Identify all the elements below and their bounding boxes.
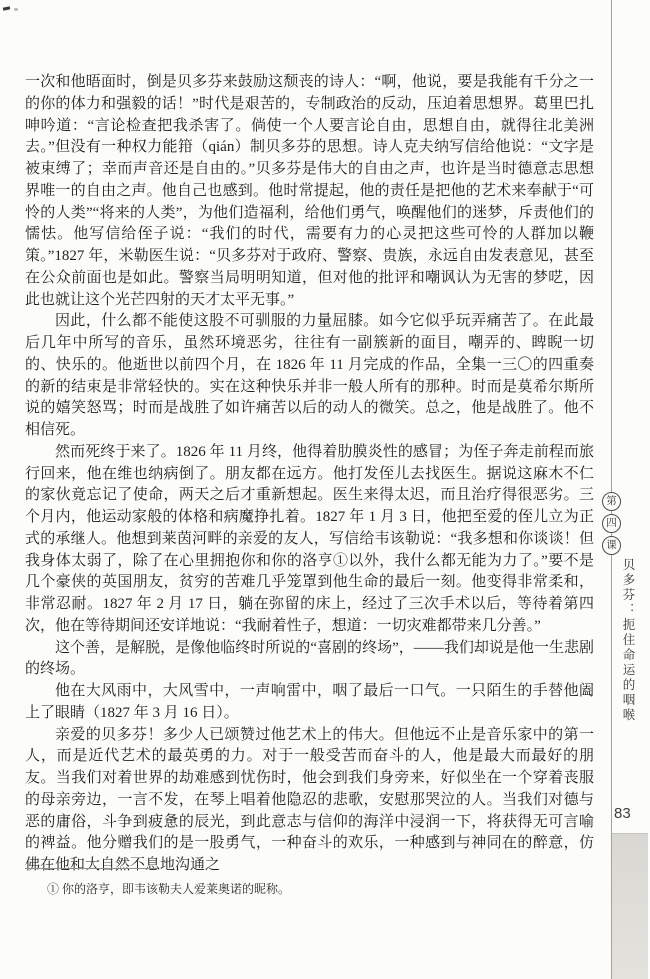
scan-speck <box>14 8 18 11</box>
lesson-badge-char: 四 <box>602 514 621 533</box>
paragraph: 亲爱的贝多芬！多少人已颂赞过他艺术上的伟大。但他远不止是音乐家中的第一人，而是近… <box>25 725 594 877</box>
textbook-page: { "page": { "number": "83" }, "sidebar":… <box>0 0 650 979</box>
page-edge-shading <box>612 833 648 979</box>
footnote-text: ① 你的洛亨，即韦该勒夫人爱莱奥诺的昵称。 <box>47 880 467 897</box>
lesson-badge-char: 第 <box>602 492 621 511</box>
paragraph: 一次和他晤面时，倒是贝多芬来鼓励这颓丧的诗人：“啊，他说，要是我能有千分之一的你… <box>25 72 594 311</box>
scan-speck <box>3 6 10 10</box>
paragraph: 这个善，是解脱，是像他临终时所说的“喜剧的终场”，——我们却说是他一生悲剧的终场… <box>25 638 594 682</box>
paragraph: 然而死终于来了。1826 年 11 月终，他得着肋膜炎性的感冒；为侄子奔走前程而… <box>25 442 594 638</box>
paragraph: 因此，什么都不能使这股不可驯服的力量屈膝。如今它似乎玩弄痛苦了。在此最后几年中所… <box>25 311 594 442</box>
lesson-badge-char: 课 <box>602 536 621 555</box>
chapter-vertical-title: 贝多芬：扼住命运的咽喉 <box>619 558 637 728</box>
page-number: 83 <box>614 805 631 822</box>
body-text-column: 一次和他晤面时，倒是贝多芬来鼓励这颓丧的诗人：“啊，他说，要是我能有千分之一的你… <box>25 72 594 877</box>
footnote-divider <box>25 868 158 869</box>
paragraph: 他在大风雨中，大风雪中，一声响雷中，咽了最后一口气。一只陌生的手替他阖上了眼睛（… <box>25 681 594 725</box>
lesson-badge: 第 四 课 <box>602 492 621 558</box>
